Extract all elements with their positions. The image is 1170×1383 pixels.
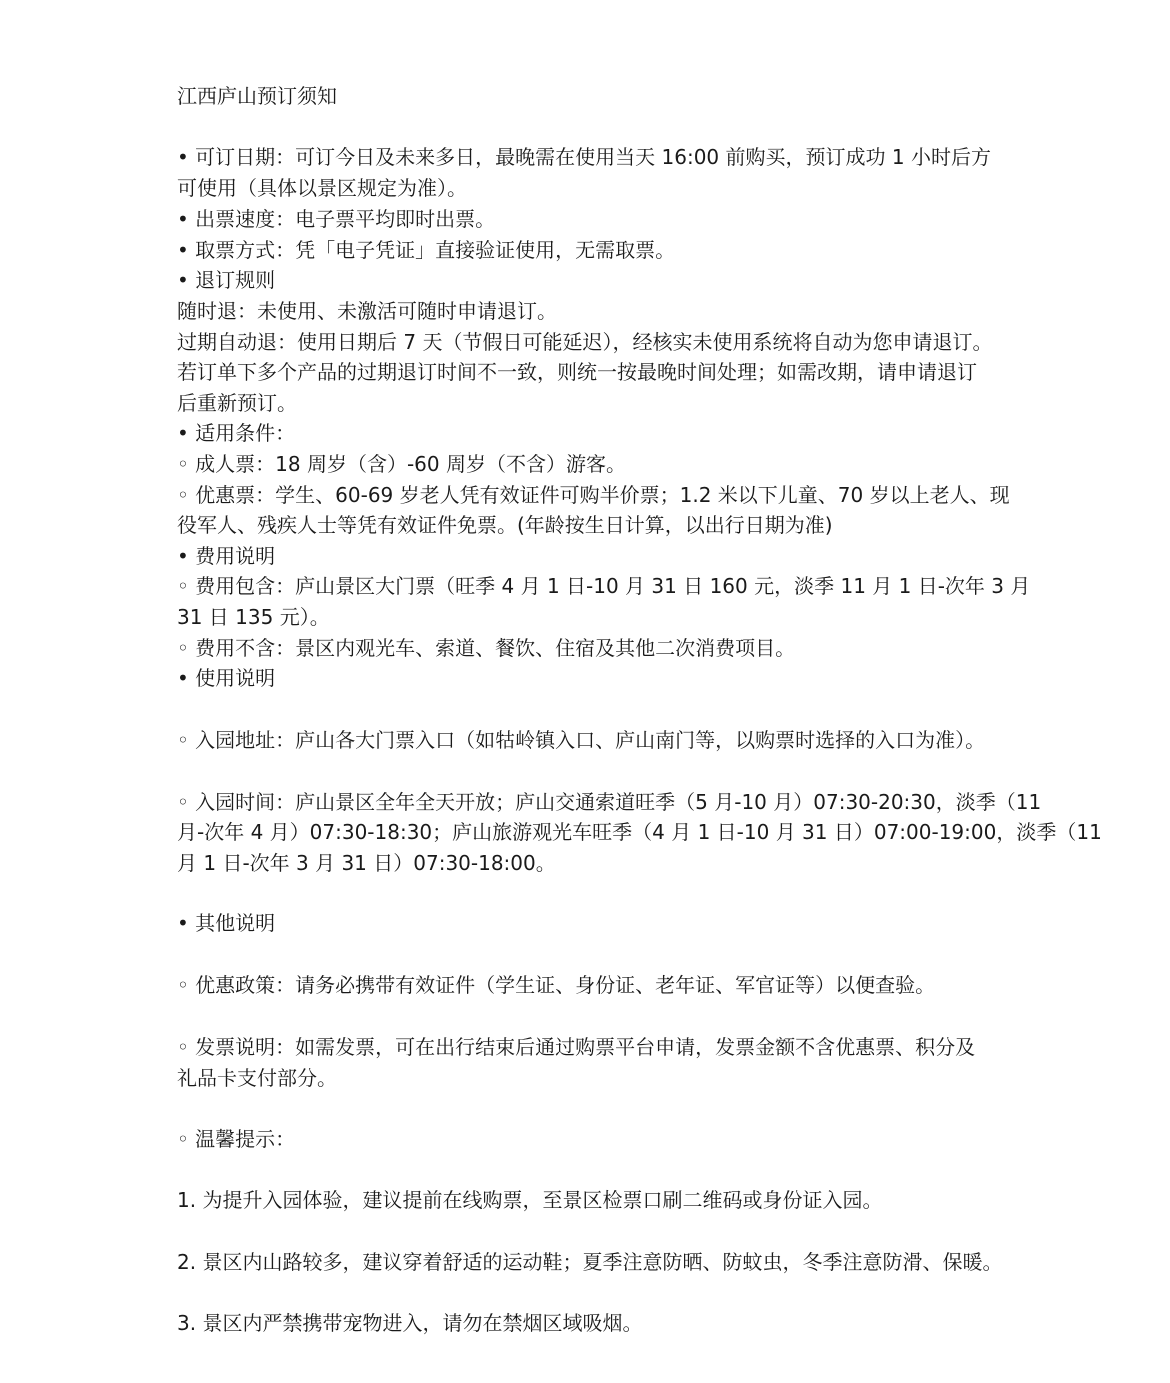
booking-date-line-1: • 可订日期：可订今日及未来多日，最晚需在使用当天 16:00 前购买，预订成功… [177, 142, 991, 173]
adult-ticket: ◦ 成人票：18 周岁（含）-60 周岁（不含）游客。 [177, 449, 626, 480]
entry-time-line-1: ◦ 入园时间：庐山景区全年全天开放；庐山交通索道旺季（5 月-10 月）07:3… [177, 787, 1041, 818]
entry-time-line-3: 月 1 日-次年 3 月 31 日）07:30-18:00。 [177, 848, 556, 879]
tip-3: 3. 景区内严禁携带宠物进入，请勿在禁烟区域吸烟。 [177, 1308, 642, 1339]
entry-address: ◦ 入园地址：庐山各大门票入口（如牯岭镇入口、庐山南门等，以购票时选择的入口为准… [177, 725, 985, 756]
tip-2: 2. 景区内山路较多，建议穿着舒适的运动鞋；夏季注意防晒、防蚊虫，冬季注意防滑、… [177, 1247, 1002, 1278]
discount-policy: ◦ 优惠政策：请务必携带有效证件（学生证、身份证、老年证、军官证等）以便查验。 [177, 970, 935, 1001]
document-title: 江西庐山预订须知 [177, 81, 337, 112]
conditions-heading: • 适用条件： [177, 418, 295, 449]
usage-heading: • 使用说明 [177, 663, 275, 694]
discount-ticket-line-1: ◦ 优惠票：学生、60-69 岁老人凭有效证件可购半价票；1.2 米以下儿童、7… [177, 480, 1010, 511]
discount-ticket-line-2: 役军人、残疾人士等凭有效证件免票。(年龄按生日计算，以出行日期为准) [177, 510, 833, 541]
fees-included-line-1: ◦ 费用包含：庐山景区大门票（旺季 4 月 1 日-10 月 31 日 160 … [177, 571, 1030, 602]
entry-time-line-2: 月-次年 4 月）07:30-18:30；庐山旅游观光车旺季（4 月 1 日-1… [177, 817, 1102, 848]
fees-excluded: ◦ 费用不含：景区内观光车、索道、餐饮、住宿及其他二次消费项目。 [177, 633, 795, 664]
refund-rules-heading: • 退订规则 [177, 265, 275, 296]
other-notes-heading: • 其他说明 [177, 908, 275, 939]
ticket-pickup: • 取票方式：凭「电子凭证」直接验证使用，无需取票。 [177, 235, 675, 266]
fees-included-line-2: 31 日 135 元）。 [177, 602, 330, 633]
refund-expired-line-1: 过期自动退：使用日期后 7 天（节假日可能延迟），经核实未使用系统将自动为您申请… [177, 327, 992, 358]
tip-1: 1. 为提升入园体验，建议提前在线购票，至景区检票口刷二维码或身份证入园。 [177, 1185, 882, 1216]
fees-heading: • 费用说明 [177, 541, 275, 572]
ticket-speed: • 出票速度：电子票平均即时出票。 [177, 204, 495, 235]
refund-expired-line-2: 若订单下多个产品的过期退订时间不一致，则统一按最晚时间处理；如需改期，请申请退订 [177, 357, 977, 388]
invoice-note-line-2: 礼品卡支付部分。 [177, 1063, 337, 1094]
booking-date-line-2: 可使用（具体以景区规定为准）。 [177, 173, 467, 204]
refund-expired-line-3: 后重新预订。 [177, 388, 297, 419]
invoice-note-line-1: ◦ 发票说明：如需发票，可在出行结束后通过购票平台申请，发票金额不含优惠票、积分… [177, 1032, 975, 1063]
tips-heading: ◦ 温馨提示： [177, 1124, 295, 1155]
refund-anytime: 随时退：未使用、未激活可随时申请退订。 [177, 296, 557, 327]
